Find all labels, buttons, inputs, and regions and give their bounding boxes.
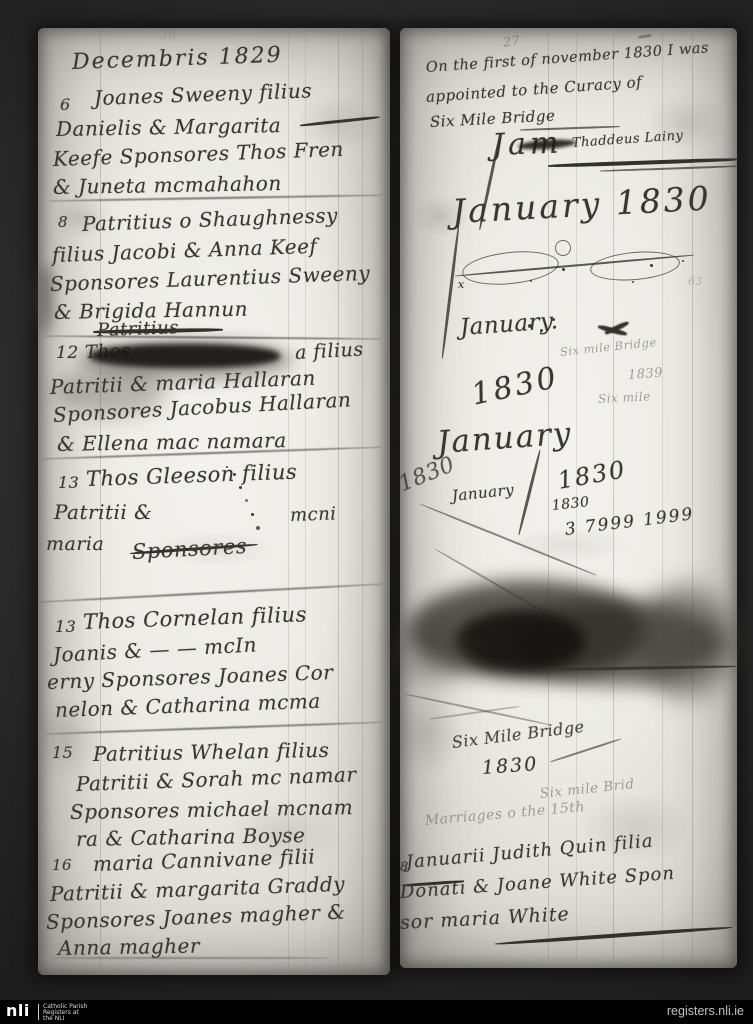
handwritten-line: Patritius o Shaughnessy: [82, 203, 339, 236]
logo-caption: Catholic Parish Registers at the NLI: [43, 1004, 87, 1022]
column-rule: [338, 34, 339, 967]
pen-flourish: [589, 248, 681, 284]
pen-flourish: [555, 240, 571, 256]
column-rule: [613, 34, 614, 960]
handwritten-line: Sponsores michael mcnam: [70, 795, 354, 824]
handwritten-line: Keefe Sponsores Thos Fren: [53, 137, 345, 171]
entry-separator-stroke: [40, 583, 384, 603]
pen-trial: Six mile Bridge: [559, 335, 657, 359]
ink-spatter: [552, 318, 555, 321]
ink-smudge: [635, 584, 735, 699]
handwritten-line: filius Jacobi & Anna Keef: [52, 234, 318, 267]
ink-blot: [90, 344, 280, 368]
handwritten-line: Joanis & — — mcIn: [52, 632, 257, 667]
column-rule: [548, 34, 549, 960]
ink-spatter: [239, 486, 242, 489]
pen-trial: January.: [459, 308, 559, 341]
entry-separator-stroke: [50, 957, 330, 959]
entry-day-number: 15: [52, 743, 73, 762]
pen-trial: 1839: [627, 366, 663, 383]
column-rule: [692, 34, 693, 960]
ink-spatter: [562, 268, 565, 271]
column-rule: [362, 34, 363, 967]
ink-mark: [638, 34, 652, 39]
pen-trial-descender: [517, 449, 541, 535]
pen-flourish: [550, 738, 622, 763]
ink-spatter: [650, 264, 653, 267]
handwritten-line: Patritius Whelan filius: [93, 738, 330, 766]
pen-trial-descender: [441, 225, 460, 359]
signature-underline: [600, 165, 738, 171]
entry-separator-stroke: [45, 721, 383, 735]
curacy-note-line: appointed to the Curacy of: [425, 73, 642, 106]
handwritten-line: a filius: [294, 338, 364, 364]
pen-trial: x: [458, 278, 465, 291]
viewer-footer: nli Catholic Parish Registers at the NLI…: [0, 1000, 753, 1024]
ink-smudge: [455, 610, 585, 672]
pen-trial: January: [436, 416, 574, 461]
ink-spatter: [226, 466, 228, 468]
register-page-right: 27 On the first of november 1830 I was a…: [400, 28, 737, 968]
handwritten-line: Sponsores Joanes magher &: [46, 900, 346, 934]
pen-trial: Six mile: [598, 389, 651, 406]
handwritten-line: Danielis & Margarita: [56, 113, 282, 141]
pen-trial: January: [451, 481, 515, 505]
register-page-left: 30 Decembris 1829 6 Joanes Sweeny filius…: [38, 28, 390, 975]
pen-stroke: [405, 693, 552, 726]
page-number: 30: [160, 28, 176, 42]
handwritten-line: nelon & Catharina mcma: [55, 689, 321, 722]
ink-spatter: [256, 526, 260, 530]
entry-day-number: 6: [60, 95, 71, 114]
marginal-number: 63: [688, 275, 703, 288]
nli-logo: nli: [6, 1001, 30, 1020]
logo-divider: [38, 1004, 39, 1020]
curacy-note-line: On the first of november 1830 I was: [425, 40, 709, 76]
ink-spatter: [528, 324, 532, 328]
pen-flourish: [300, 116, 380, 127]
page-number: 27: [502, 34, 521, 51]
pen-trial: 1830: [395, 452, 458, 497]
entry-day-number: 8: [58, 213, 68, 231]
column-rule: [662, 34, 663, 960]
year-note: 1830: [481, 753, 539, 779]
logo-caption-line: the NLI: [43, 1016, 87, 1022]
entry-day-number: 13: [58, 473, 79, 492]
ink-spatter: [682, 260, 684, 262]
ink-spatter: [540, 329, 543, 332]
ink-spatter: [530, 280, 532, 282]
handwritten-line: Patritii & Sorah mc namar: [76, 762, 357, 796]
ink-spatter: [632, 281, 634, 283]
ink-spatter: [245, 499, 248, 502]
handwritten-line: Thos Gleeson filius: [86, 460, 298, 491]
site-url: registers.nli.ie: [667, 1004, 744, 1018]
handwritten-line: Joanes Sweeny filius: [94, 78, 313, 110]
handwritten-line: maria: [46, 533, 104, 555]
ink-spatter: [233, 473, 236, 476]
place-note: Six Mile Bridge: [451, 717, 586, 752]
month-heading: Decembris 1829: [72, 43, 284, 75]
priest-signature-small: Thaddeus Lainy: [571, 128, 683, 151]
place-note: Six mile Brid: [539, 776, 635, 802]
entry-day-number: 12: [56, 343, 79, 363]
faint-note: Marriages o the 15th: [424, 799, 585, 829]
handwritten-line: Patritii &: [54, 500, 152, 524]
pen-stroke: [420, 503, 597, 576]
scan-viewport: 30 Decembris 1829 6 Joanes Sweeny filius…: [0, 0, 753, 1024]
handwritten-line: & Juneta mcmahahon: [53, 171, 282, 199]
handwritten-line: mcni: [290, 503, 337, 526]
month-heading: January 1830: [451, 178, 713, 231]
handwritten-line: Thos Cornelan filius: [83, 602, 308, 634]
entry-day-number: 16: [52, 856, 72, 874]
handwritten-line: Sponsores Laurentius Sweeny: [50, 261, 371, 296]
ink-spatter: [251, 513, 254, 516]
pen-trial: 1830: [556, 455, 629, 495]
ink-smudge: [400, 623, 470, 683]
handwritten-line: sor maria White: [399, 903, 570, 934]
entry-day-number: 13: [55, 617, 76, 636]
pen-trial: 1830: [551, 494, 590, 514]
